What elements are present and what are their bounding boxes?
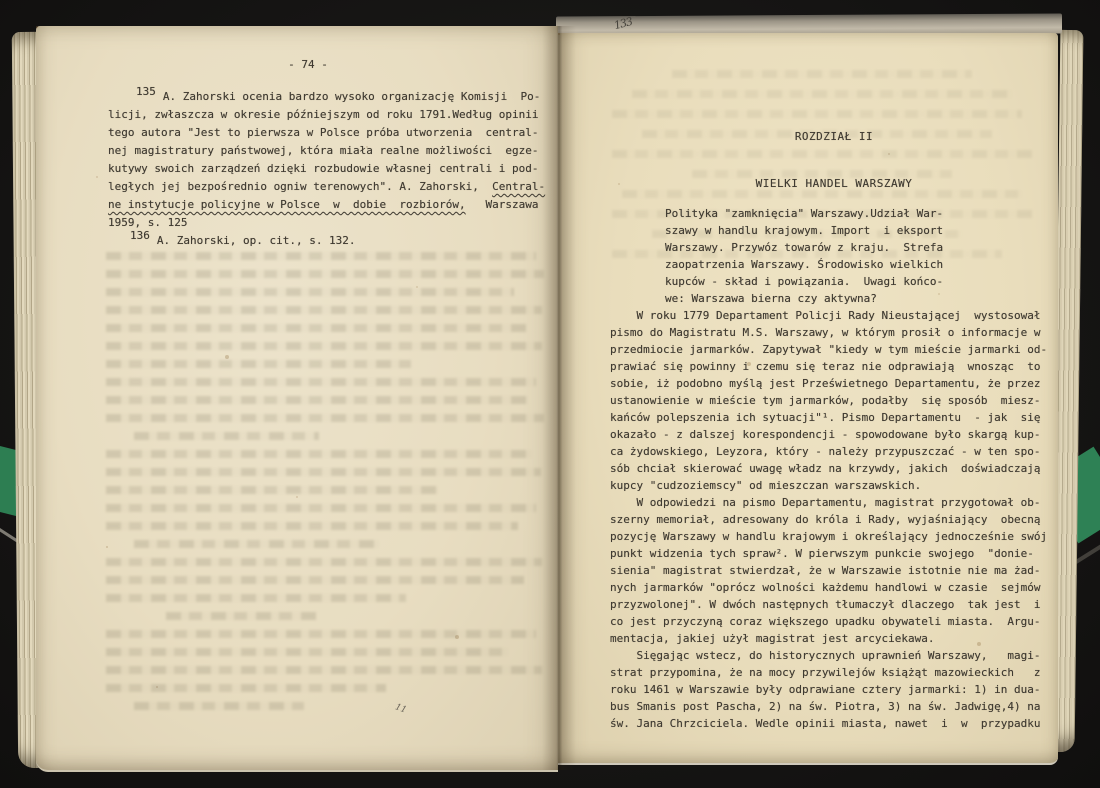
ghost-line — [106, 594, 406, 602]
ghost-line — [106, 522, 518, 530]
ghost-line — [106, 360, 411, 368]
text-line: ustanowienie w mieście tym jarmarków, po… — [610, 392, 1058, 409]
text-line: W odpowiedzi na pismo Departamentu, magi… — [610, 494, 1058, 511]
ghost-line — [106, 558, 542, 566]
text-line: strat przypomina, że na mocy przywilejów… — [610, 664, 1058, 681]
text-line: licji, zwłaszcza w okresie późniejszym o… — [108, 106, 522, 124]
chapter-title: WIELKI HANDEL WARSZAWY — [610, 175, 1058, 192]
footnote-number: 135 — [136, 83, 156, 101]
ghost-line — [134, 702, 304, 710]
text-line: ległych jej bezpośrednio ogniw terenowyc… — [108, 178, 522, 196]
body-paragraph-2: W odpowiedzi na pismo Departamentu, magi… — [610, 494, 1058, 647]
ghost-line — [106, 648, 508, 656]
chapter-heading: ROZDZIAŁ II — [610, 128, 1058, 145]
text-line: Sięgając wstecz, do historycznych uprawn… — [610, 647, 1058, 664]
text-line: nych jarmarków "oprócz wolności każdemu … — [610, 579, 1058, 596]
ghost-line — [106, 378, 536, 386]
text-line: W roku 1779 Departament Policji Rady Nie… — [610, 307, 1058, 324]
ghost-line — [106, 270, 544, 278]
ghost-line — [106, 414, 544, 422]
ghost-line — [106, 450, 532, 458]
ghost-line — [106, 630, 536, 638]
text-line: okazało - z dalszej korespondencji - spo… — [610, 426, 1058, 443]
gutter-shadow — [542, 26, 576, 770]
text-line: co jest przyczyną coraz większego upadku… — [610, 613, 1058, 630]
text-line: we: Warszawa bierna czy aktywna? — [665, 290, 1058, 307]
text-line: punkt widzenia tych spraw². W pierwszym … — [610, 545, 1058, 562]
footnote-first-line: 135A. Zahorski ocenia bardzo wysoko orga… — [108, 88, 522, 106]
ghost-line — [134, 432, 319, 440]
text-line: przedmiocie jarmarków. Zapytywał "kiedy … — [610, 341, 1058, 358]
ghost-line — [106, 684, 386, 692]
footnote-first-line: 136A. Zahorski, op. cit., s. 132. — [108, 232, 522, 250]
text-line: tego autora "Jest to pierwsza w Polsce p… — [108, 124, 522, 142]
text-line: ca żydowskiego, Leyzora, który - należy … — [610, 443, 1058, 460]
text-line: przyzwolonej". W dwóch następnych tłumac… — [610, 596, 1058, 613]
handwritten-edge-mark: 133 — [613, 15, 634, 32]
text-line: sobie, iż podobno myślą jest Prześwietne… — [610, 375, 1058, 392]
text-line: szerny memoriał, adresowany do króla i R… — [610, 511, 1058, 528]
page-number: - 74 - — [108, 56, 508, 74]
left-page-content: - 74 - 135A. Zahorski ocenia bardzo wyso… — [72, 56, 522, 250]
text-line: Polityka "zamknięcia" Warszawy.Udział Wa… — [665, 205, 1058, 222]
ghost-line — [632, 90, 1012, 98]
body-paragraph-3: Sięgając wstecz, do historycznych uprawn… — [610, 647, 1058, 732]
footnote-number: 136 — [130, 227, 150, 245]
footnote-text: A. Zahorski ocenia bardzo wysoko organiz… — [163, 90, 541, 103]
ghost-line — [612, 110, 1022, 118]
ghost-line — [106, 486, 438, 494]
text-line: św. Jana Chrzciciela. Wedle opinii miast… — [610, 715, 1058, 732]
bleedthrough-text-left — [106, 252, 546, 722]
text-line: kupcy "cudzoziemscy" od mieszczan warsza… — [610, 477, 1058, 494]
book-scan-screen: 133 - 74 - 135A. Zahorski ocenia bardzo … — [0, 0, 1100, 788]
text-line: kańców polepszenia ich sytuacji"¹. Pismo… — [610, 409, 1058, 426]
text-line: prawiać się powinny i czemu się teraz ni… — [610, 358, 1058, 375]
chapter-summary: Polityka "zamknięcia" Warszawy.Udział Wa… — [665, 205, 1058, 307]
text-line: kupców - skład i powiązania. Uwagi końco… — [665, 273, 1058, 290]
ghost-line — [106, 306, 542, 314]
ghost-line — [106, 342, 542, 350]
text-line: sienia" magistrat stwierdzał, że w Warsz… — [610, 562, 1058, 579]
footnote-135: 135A. Zahorski ocenia bardzo wysoko orga… — [72, 88, 522, 232]
ghost-line — [106, 468, 541, 476]
text-line: kutywy swoich zarządzeń dzięki rozbudowi… — [108, 160, 522, 178]
text-line: pismo do Magistratu M.S. Warszawy, w któ… — [610, 324, 1058, 341]
ghost-line — [106, 288, 514, 296]
text-line: 1959, s. 125 — [108, 214, 522, 232]
ghost-line — [106, 666, 542, 674]
ghost-line — [106, 252, 536, 260]
ghost-line — [672, 70, 972, 78]
text-line: nej magistratury państwowej, która miała… — [108, 142, 522, 160]
footnote-136: 136A. Zahorski, op. cit., s. 132. — [72, 232, 522, 250]
body-paragraph-1: W roku 1779 Departament Policji Rady Nie… — [610, 307, 1058, 494]
footnote-lines: licji, zwłaszcza w okresie późniejszym o… — [108, 106, 522, 232]
footnote-text: A. Zahorski, op. cit., s. 132. — [157, 234, 356, 247]
text-line: roku 1461 w Warszawie były odprawiane cz… — [610, 681, 1058, 698]
ghost-line — [106, 324, 526, 332]
ghost-line — [134, 540, 379, 548]
text-line: bus Smanis post Pascha, 2) na św. Piotra… — [610, 698, 1058, 715]
ghost-line — [106, 576, 524, 584]
ghost-line — [106, 396, 528, 404]
text-line: zaopatrzenia Warszawy. Środowisko wielki… — [665, 256, 1058, 273]
right-page-content: ROZDZIAŁ II WIELKI HANDEL WARSZAWY Polit… — [610, 128, 1058, 732]
text-line: mentacja, jakiej użył magistrat jest arc… — [610, 630, 1058, 647]
text-line: Warszawy. Przywóz towarów z kraju. Stref… — [665, 239, 1058, 256]
text-line: sób chciał skierować uwagę władz na krzy… — [610, 460, 1058, 477]
text-line: szawy w handlu krajowym. Import i ekspor… — [665, 222, 1058, 239]
ghost-line — [166, 612, 316, 620]
text-line: pozycję Warszawy w handlu krajowym i okr… — [610, 528, 1058, 545]
text-line: ne instytucje policyjne w Polsce w dobie… — [108, 196, 522, 214]
ghost-line — [106, 504, 536, 512]
